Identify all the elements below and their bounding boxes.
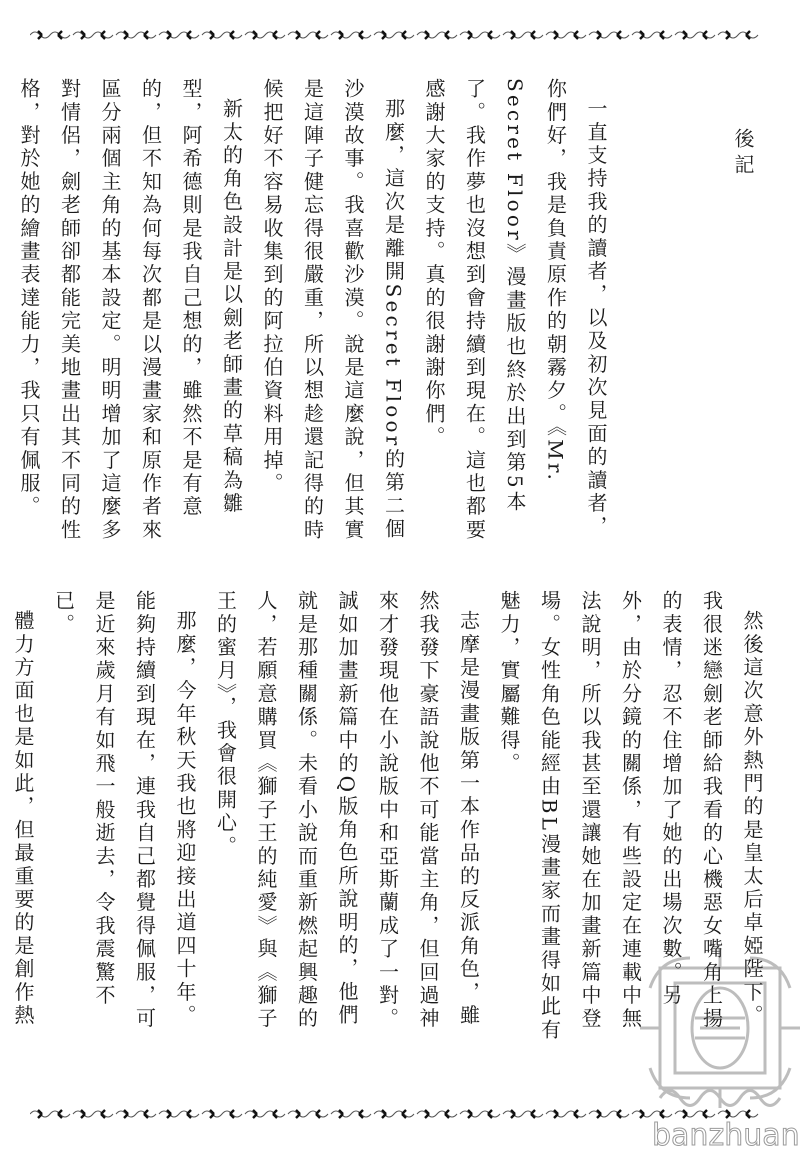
paragraph: 那麼，今年秋天我也將迎接出道四十年。能夠持續到現在，連我自己都覺得佩服，可是近來… xyxy=(43,590,205,1050)
paragraph: 新太的角色設計是以劍老師畫的草稿為雛型，阿希德則是我自己想的，雖然不是有意的，但… xyxy=(9,78,252,548)
site-watermark: banzhuangong xyxy=(652,1118,800,1153)
paragraph: 那麼，這次是離開Secret Floor的第二個沙漠故事。我喜歡沙漠。說是這麼說… xyxy=(252,78,414,548)
paragraph: 一直支持我的讀者，以及初次見面的讀者，你們好，我是負責原作的朝霧夕。《Mr. S… xyxy=(414,78,617,548)
afterword-upper-block: 一直支持我的讀者，以及初次見面的讀者，你們好，我是負責原作的朝霧夕。《Mr. S… xyxy=(0,78,616,548)
top-decorative-border xyxy=(30,28,770,42)
page-title: 後記 xyxy=(728,128,758,180)
paragraph: 志摩是漫畫版第一本作品的反派角色，雖然我發下豪語說他不可能當主角，但回過神來才發… xyxy=(205,590,489,1050)
afterword-lower-block: 然後這次意外熱門的是皇太后卓婭陛下。我很迷戀劍老師給我看的心機惡女嘴角上揚的表情… xyxy=(0,590,772,1050)
vine-border-icon xyxy=(30,28,770,42)
bottom-decorative-border xyxy=(30,1107,770,1121)
paragraph: 然後這次意外熱門的是皇太后卓婭陛下。我很迷戀劍老師給我看的心機惡女嘴角上揚的表情… xyxy=(489,590,773,1050)
paragraph: 體力方面也是如此，但最重要的是創作熱情正在衰退，所以還能再寫多久，真的前景不明。… xyxy=(0,590,43,1050)
paragraph: 屢屢發展成武打劇的，都是能畫動作場面的故事，因此劇情不知不覺就會偏向那方面。我是… xyxy=(0,78,9,548)
vine-border-icon xyxy=(30,1107,770,1121)
